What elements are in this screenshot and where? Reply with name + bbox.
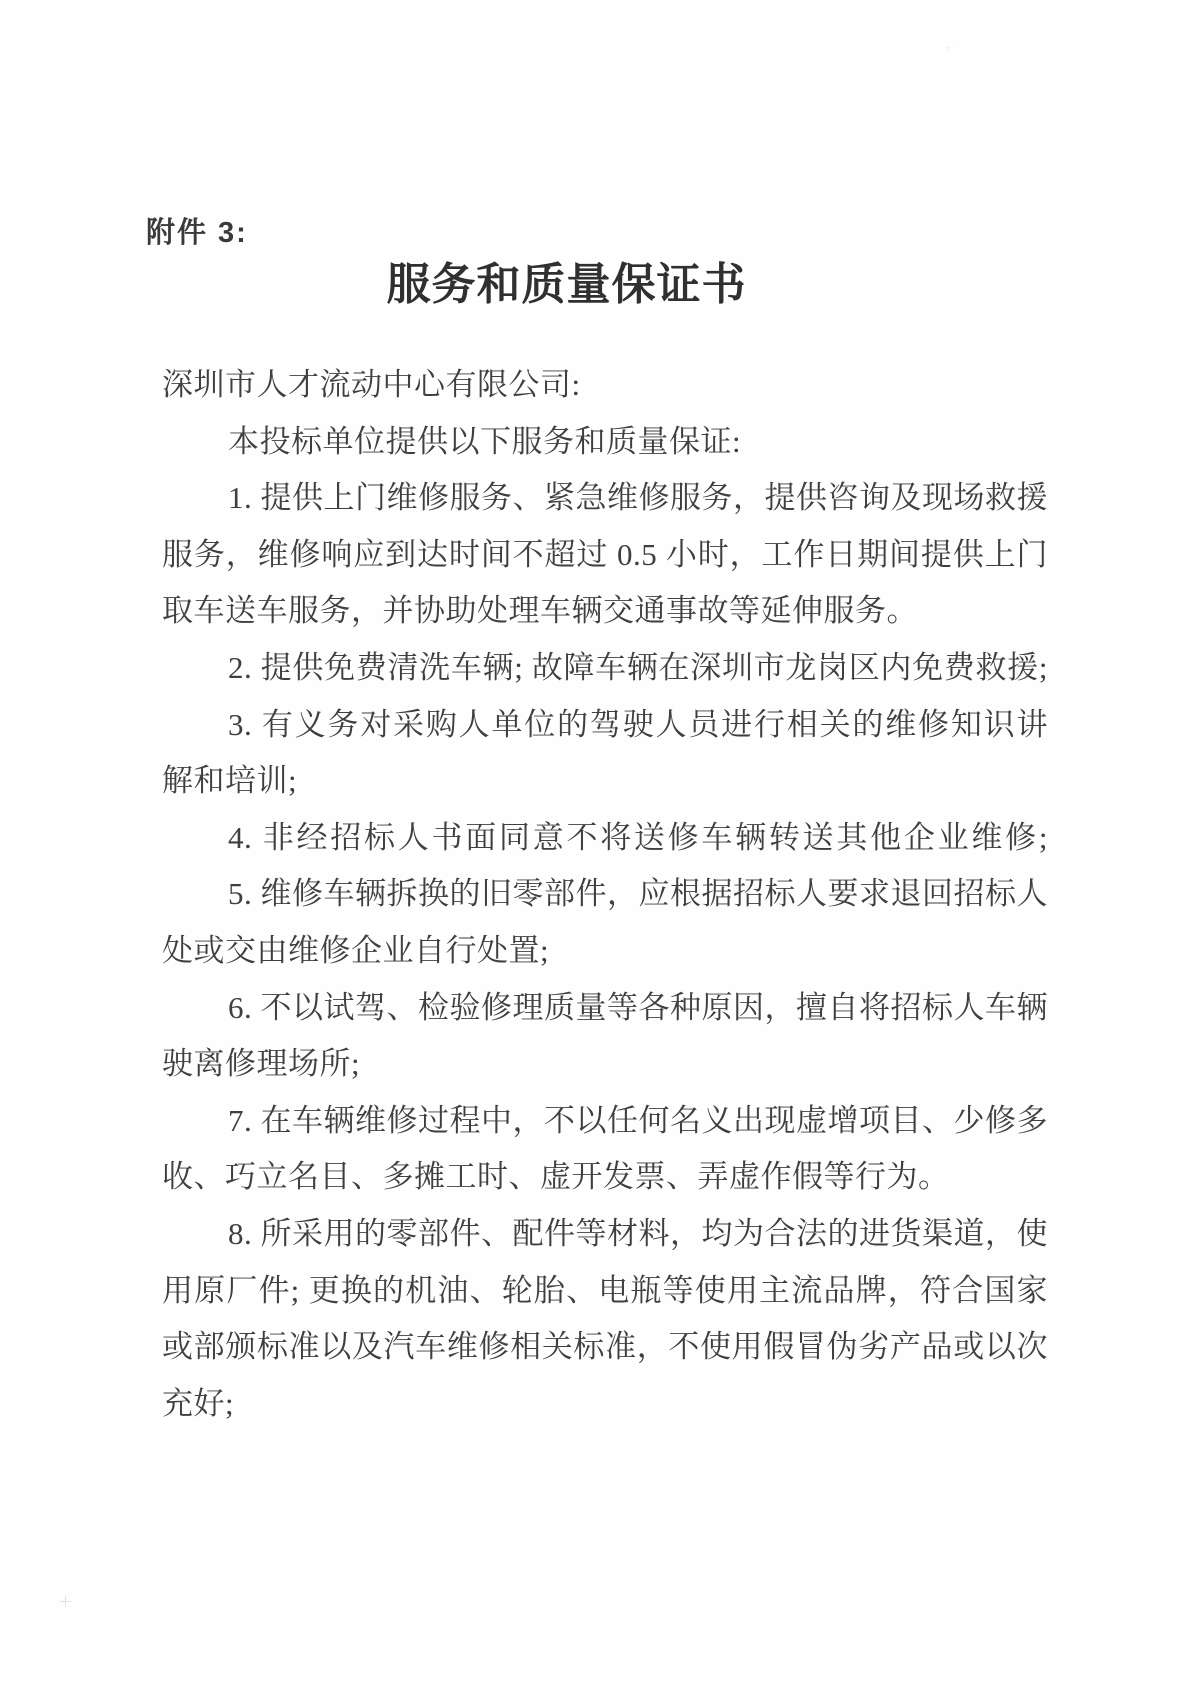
text-line: 或部颁标准以及汽车维修相关标准，不使用假冒伪劣产品或以次 (162, 1319, 1048, 1376)
text-line: 处或交由维修企业自行处置; (162, 923, 1048, 980)
text-line: 取车送车服务，并协助处理车辆交通事故等延伸服务。 (162, 583, 1048, 640)
text-line: 1. 提供上门维修服务、紧急维修服务，提供咨询及现场救援 (162, 470, 1048, 527)
document-body: 深圳市人才流动中心有限公司:本投标单位提供以下服务和质量保证:1. 提供上门维修… (162, 357, 1048, 1432)
text-line: 解和培训; (162, 753, 1048, 810)
text-line: 服务，维修响应到达时间不超过 0.5 小时，工作日期间提供上门 (162, 527, 1048, 584)
text-line: 3. 有义务对采购人单位的驾驶人员进行相关的维修知识讲 (162, 697, 1048, 754)
scanned-document-page: 附件 3: 服务和质量保证书 深圳市人才流动中心有限公司:本投标单位提供以下服务… (0, 0, 1200, 1697)
text-line: 充好; (162, 1376, 1048, 1433)
text-line: 7. 在车辆维修过程中，不以任何名义出现虚增项目、少修多 (162, 1093, 1048, 1150)
text-line: 2. 提供免费清洗车辆; 故障车辆在深圳市龙岗区内免费救援; (162, 640, 1048, 697)
text-line: 5. 维修车辆拆换的旧零部件，应根据招标人要求退回招标人 (162, 866, 1048, 923)
text-line: 深圳市人才流动中心有限公司: (162, 357, 1048, 414)
attachment-number-label: 附件 3: (146, 210, 248, 251)
document-title: 服务和质量保证书 (0, 248, 1133, 312)
text-line: 4. 非经招标人书面同意不将送修车辆转送其他企业维修; (162, 810, 1048, 867)
text-line: 收、巧立名目、多摊工时、虚开发票、弄虚作假等行为。 (162, 1149, 1048, 1206)
text-line: 用原厂件; 更换的机油、轮胎、电瓶等使用主流品牌，符合国家 (162, 1263, 1048, 1320)
text-line: 驶离修理场所; (162, 1036, 1048, 1093)
text-line: 8. 所采用的零部件、配件等材料，均为合法的进货渠道，使 (162, 1206, 1048, 1263)
text-line: 本投标单位提供以下服务和质量保证: (162, 414, 1048, 471)
text-line: 6. 不以试驾、检验修理质量等各种原因，擅自将招标人车辆 (162, 980, 1048, 1037)
